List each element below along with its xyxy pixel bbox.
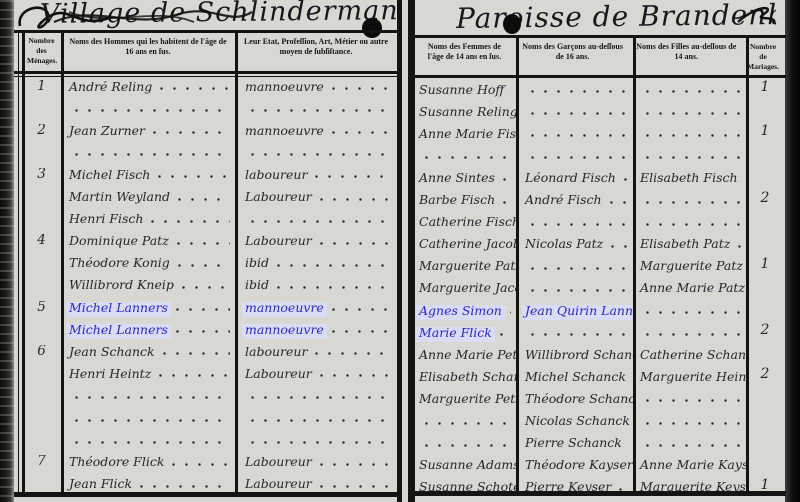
- marriage-count: [746, 430, 784, 431]
- register-row: Susanne Hoff1: [414, 77, 784, 99]
- dotted-leader: [172, 463, 230, 467]
- girl-name: Anne Marie Patz: [633, 282, 746, 298]
- dotted-leader: [163, 352, 230, 356]
- scan-edge-left: [0, 0, 14, 502]
- dotted-leader: [251, 109, 392, 113]
- marriage-count: [746, 297, 784, 298]
- profession: ibid: [235, 257, 397, 273]
- boy-name: [516, 134, 633, 143]
- woman-name: Agnes Simon: [414, 305, 516, 321]
- dotted-leader: [425, 156, 511, 160]
- man-name: [61, 396, 235, 405]
- scan-edge-right: [785, 0, 800, 502]
- dotted-leader: [251, 220, 392, 224]
- dotted-leader: [75, 109, 230, 113]
- register-row: Anne SintesLéonard FischElisabeth Fisch: [414, 165, 784, 187]
- household-number: 5: [22, 301, 61, 318]
- dotted-leader: [151, 220, 230, 224]
- girl-name: Elisabeth Fisch: [633, 172, 746, 188]
- man-name: Martin Weyland: [61, 191, 235, 207]
- dotted-leader: [320, 374, 392, 378]
- dotted-leader: [531, 267, 628, 271]
- dotted-leader: [176, 308, 230, 312]
- profession: mannoeuvre: [235, 324, 397, 340]
- man-name: Henri Heintz: [61, 368, 235, 384]
- dotted-leader: [140, 485, 230, 489]
- left-rows: 1André Relingmannoeuvre 2Jean Zurnermann…: [22, 74, 397, 494]
- profession: laboureur: [235, 169, 397, 185]
- profession: mannoeuvre: [235, 125, 397, 141]
- dotted-leader: [332, 131, 392, 135]
- boy-name: Théodore Kayser: [516, 459, 633, 475]
- woman-name: Anne Marie Fisch: [414, 128, 516, 144]
- register-row: Elisabeth SchanckMichel SchanckMarguerit…: [414, 364, 784, 386]
- register-row: 6Jean Schancklaboureur: [22, 339, 397, 361]
- marriage-count: [746, 319, 784, 320]
- register-row: Susanne SchotelerPierre KeyserMarguerite…: [414, 475, 784, 497]
- boy-name: [516, 267, 633, 276]
- man-name: Willibrord Kneip: [61, 279, 235, 295]
- register-row: Pierre Schanck: [414, 431, 784, 453]
- dotted-leader: [610, 201, 628, 205]
- woman-name: Susanne Hoff: [414, 84, 516, 100]
- dotted-leader: [320, 485, 392, 489]
- register-row: Anne Marie PetschWillibrord SchanckCathe…: [414, 342, 784, 364]
- household-number: 2: [22, 124, 61, 141]
- profession: mannoeuvre: [235, 81, 397, 97]
- man-name: Jean Schanck: [61, 346, 235, 362]
- column-rule: [18, 30, 19, 497]
- dotted-leader: [531, 289, 628, 293]
- register-row: Susanne AdamsThéodore KayserAnne Marie K…: [414, 453, 784, 475]
- woman-name: Marguerite Patz: [414, 260, 516, 276]
- man-name: [61, 153, 235, 162]
- dotted-leader: [332, 308, 392, 312]
- girl-name: Anne Marie Kayser: [633, 459, 746, 475]
- header-households: Nombre des Ménages.: [22, 33, 61, 71]
- man-name: Henri Fisch: [61, 213, 235, 229]
- register-row: Théodore Konigibid: [22, 251, 397, 273]
- dotted-leader: [738, 245, 741, 249]
- dotted-leader: [531, 223, 628, 227]
- girl-name: Catherine Schanck: [633, 349, 746, 365]
- marriage-count: 1: [746, 80, 784, 99]
- dotted-leader: [646, 90, 741, 94]
- boy-name: Pierre Schanck: [516, 437, 633, 453]
- profession: [235, 419, 397, 428]
- boy-name: Léonard Fisch: [516, 172, 633, 188]
- man-name: Michel Fisch: [61, 169, 235, 185]
- marriage-count: [746, 452, 784, 453]
- scanned-register-document: { "colors": { "paper": "#d8d7d2", "ink":…: [0, 0, 800, 502]
- woman-name: Marguerite Petsch: [414, 393, 516, 409]
- man-name: Michel Lanners: [61, 302, 235, 318]
- profession: [235, 153, 397, 162]
- boy-name: Pierre Keyser: [516, 481, 633, 497]
- boy-name: [516, 223, 633, 232]
- dotted-leader: [646, 223, 741, 227]
- marriage-count: [746, 120, 784, 121]
- register-row: Marguerite JacobiAnne Marie Patz: [414, 276, 784, 298]
- woman-name: Marie Flick: [414, 327, 516, 343]
- man-name: [61, 109, 235, 118]
- girl-name: Marguerite Heintz: [633, 371, 746, 387]
- register-row-highlighted: Marie Flick2: [414, 320, 784, 342]
- register-row: Henri Fisch: [22, 207, 397, 229]
- boy-name: [516, 112, 633, 121]
- marriage-count: [746, 253, 784, 254]
- dotted-leader: [624, 178, 628, 182]
- marriage-count: [746, 231, 784, 232]
- dotted-leader: [75, 396, 230, 400]
- dotted-leader: [531, 134, 628, 138]
- girl-name: [633, 422, 746, 431]
- girl-name: [633, 112, 746, 121]
- dotted-leader: [176, 330, 230, 334]
- dotted-leader: [646, 444, 741, 448]
- dotted-leader: [320, 242, 392, 246]
- profession: mannoeuvre: [235, 302, 397, 318]
- girl-name: [633, 223, 746, 232]
- register-row: Marguerite PatzMarguerite Patz1: [414, 254, 784, 276]
- dotted-leader: [531, 156, 628, 160]
- man-name: Jean Flick: [61, 478, 235, 494]
- woman-name: Anne Sintes: [414, 172, 516, 188]
- register-row: [414, 143, 784, 165]
- woman-name: [414, 444, 516, 453]
- dotted-leader: [611, 245, 628, 249]
- header-women: Noms des Femmes de l'âge de 14 ans en ſu…: [414, 38, 515, 75]
- dotted-leader: [75, 441, 230, 445]
- register-row: Susanne Reling: [414, 99, 784, 121]
- dotted-leader: [646, 311, 741, 315]
- household-number: 4: [22, 234, 61, 251]
- profession: [235, 396, 397, 405]
- dotted-leader: [531, 112, 628, 116]
- register-row: Barbe FischAndré Fisch2: [414, 187, 784, 209]
- register-row: 3Michel Fischlaboureur: [22, 162, 397, 184]
- marriage-count: [746, 164, 784, 165]
- dotted-leader: [251, 153, 392, 157]
- boy-name: Jean Quirin Lanners: [516, 305, 633, 321]
- woman-name: Elisabeth Schanck: [414, 371, 516, 387]
- woman-name: Susanne Reling: [414, 106, 516, 122]
- header-men: Noms des Hommes qui les habitent de l'âg…: [61, 33, 235, 71]
- profession: Laboureur: [235, 368, 397, 384]
- dotted-leader: [277, 286, 392, 290]
- dotted-leader: [332, 330, 392, 334]
- dotted-leader: [251, 396, 392, 400]
- dotted-leader: [251, 419, 392, 423]
- register-row: [22, 140, 397, 162]
- dotted-leader: [75, 419, 230, 423]
- dotted-leader: [646, 156, 741, 160]
- dotted-leader: [503, 201, 511, 205]
- register-row: [22, 405, 397, 427]
- marriage-count: 1: [746, 478, 784, 497]
- register-row: Catherine JacobiNicolas PatzElisabeth Pa…: [414, 232, 784, 254]
- profession: Laboureur: [235, 191, 397, 207]
- woman-name: Susanne Adams: [414, 459, 516, 475]
- dotted-leader: [646, 134, 741, 138]
- woman-name: Catherine Jacobi: [414, 238, 516, 254]
- dotted-leader: [178, 198, 230, 202]
- profession: Laboureur: [235, 235, 397, 251]
- man-name: [61, 441, 235, 450]
- dotted-leader: [500, 333, 511, 337]
- girl-name: [633, 399, 746, 408]
- household-number: 7: [22, 455, 61, 472]
- woman-name: Marguerite Jacobi: [414, 282, 516, 298]
- header-boys: Noms des Garçons au-deſſous de 16 ans.: [515, 38, 631, 75]
- right-page-title: Paroisse de Brandenbourg: [456, 0, 776, 35]
- register-row-highlighted: 5Michel Lannersmannoeuvre: [22, 295, 397, 317]
- register-row: 4Dominique PatzLaboureur: [22, 229, 397, 251]
- dotted-leader: [320, 198, 392, 202]
- boy-name: Nicolas Patz: [516, 238, 633, 254]
- woman-name: [414, 422, 516, 431]
- dotted-leader: [531, 90, 628, 94]
- girl-name: [633, 90, 746, 99]
- dotted-leader: [531, 333, 628, 337]
- register-row: Nicolas Schanck: [414, 408, 784, 430]
- header-girls: Noms des Filles au-deſſous de 14 ans.: [630, 38, 742, 75]
- girl-name: [633, 333, 746, 342]
- profession: Laboureur: [235, 478, 397, 494]
- woman-name: Catherine Fisch: [414, 216, 516, 232]
- register-row: Jean FlickLaboureur: [22, 472, 397, 494]
- girl-name: [633, 134, 746, 143]
- household-number: 1: [22, 80, 61, 97]
- girl-name: [633, 444, 746, 453]
- header-marriages: Nombre de Mariages.: [742, 38, 784, 75]
- marriage-count: [746, 186, 784, 187]
- register-page-left: Village de Schlindermanderchid Nombre de…: [14, 0, 402, 502]
- register-row: Martin WeylandLaboureur: [22, 184, 397, 206]
- boy-name: [516, 333, 633, 342]
- girl-name: Elisabeth Patz: [633, 238, 746, 254]
- dotted-leader: [75, 153, 230, 157]
- marriage-count: [746, 363, 784, 364]
- register-row: 1André Relingmannoeuvre: [22, 74, 397, 96]
- woman-name: Barbe Fisch: [414, 194, 516, 210]
- woman-name: Susanne Schoteler: [414, 481, 516, 497]
- marriage-count: [746, 407, 784, 408]
- marriage-count: 2: [746, 191, 784, 210]
- boy-name: [516, 156, 633, 165]
- dotted-leader: [332, 87, 392, 91]
- boy-name: [516, 90, 633, 99]
- register-row: Willibrord Kneipibid: [22, 273, 397, 295]
- dotted-leader: [153, 131, 230, 135]
- marriage-count: 2: [746, 323, 784, 342]
- girl-name: Marguerite Keyser: [633, 481, 746, 497]
- dotted-leader: [315, 175, 392, 179]
- dotted-leader: [178, 264, 230, 268]
- dotted-leader: [425, 422, 511, 426]
- dotted-leader: [160, 87, 230, 91]
- girl-name: [633, 156, 746, 165]
- dotted-leader: [320, 463, 392, 467]
- boy-name: Michel Schanck: [516, 371, 633, 387]
- dotted-leader: [646, 333, 741, 337]
- register-row: Marguerite PetschThéodore Schanck: [414, 386, 784, 408]
- right-rows: Susanne Hoff1 Susanne Reling Anne Marie …: [414, 77, 784, 497]
- profession: laboureur: [235, 346, 397, 362]
- man-name: Théodore Flick: [61, 456, 235, 472]
- register-row-highlighted: Michel Lannersmannoeuvre: [22, 317, 397, 339]
- man-name: Dominique Patz: [61, 235, 235, 251]
- dotted-leader: [619, 488, 628, 492]
- man-name: Jean Zurner: [61, 125, 235, 141]
- dotted-leader: [646, 399, 741, 403]
- boy-name: Willibrord Schanck: [516, 349, 633, 365]
- register-row: 7Théodore FlickLaboureur: [22, 450, 397, 472]
- register-row: Catherine Fisch: [414, 210, 784, 232]
- register-page-right: Paroisse de Brandenbourg Noms des Femmes…: [408, 0, 786, 502]
- register-row: Henri HeintzLaboureur: [22, 361, 397, 383]
- profession: [235, 441, 397, 450]
- header-profession: Leur Etat, Profeſſion, Art, Métier ou au…: [235, 33, 397, 71]
- girl-name: [633, 201, 746, 210]
- dotted-leader: [251, 441, 392, 445]
- dotted-leader: [182, 286, 230, 290]
- page-fold-rule: [397, 0, 402, 502]
- household-number: 3: [22, 168, 61, 185]
- girl-name: Marguerite Patz: [633, 260, 746, 276]
- household-number: 6: [22, 345, 61, 362]
- marriage-count: [746, 474, 784, 475]
- man-name: Michel Lanners: [61, 324, 235, 340]
- marriage-count: 2: [746, 367, 784, 386]
- man-name: [61, 419, 235, 428]
- dotted-leader: [158, 175, 230, 179]
- dotted-leader: [646, 201, 741, 205]
- dotted-leader: [646, 422, 741, 426]
- register-row: Anne Marie Fisch1: [414, 121, 784, 143]
- boy-name: [516, 289, 633, 298]
- left-header-row: Nombre des Ménages. Noms des Hommes qui …: [22, 33, 397, 71]
- dotted-leader: [425, 444, 511, 448]
- register-row: [22, 428, 397, 450]
- man-name: André Reling: [61, 81, 235, 97]
- register-row: [22, 383, 397, 405]
- right-header-row: Noms des Femmes de l'âge de 14 ans en ſu…: [414, 38, 784, 75]
- girl-name: [633, 311, 746, 320]
- register-row: [22, 96, 397, 118]
- dotted-leader: [503, 178, 511, 182]
- profession: [235, 220, 397, 229]
- dotted-leader: [315, 352, 392, 356]
- dotted-leader: [277, 264, 392, 268]
- boy-name: Nicolas Schanck: [516, 415, 633, 431]
- register-row: 2Jean Zurnermannoeuvre: [22, 118, 397, 140]
- boy-name: André Fisch: [516, 194, 633, 210]
- register-row-highlighted: Agnes SimonJean Quirin Lanners: [414, 298, 784, 320]
- woman-name: Anne Marie Petsch: [414, 349, 516, 365]
- woman-name: [414, 156, 516, 165]
- dotted-leader: [510, 311, 511, 315]
- dotted-leader: [646, 112, 741, 116]
- left-page-title: Village de Schlindermanderchid: [40, 0, 400, 30]
- man-name: Théodore Konig: [61, 257, 235, 273]
- dotted-leader: [159, 374, 230, 378]
- dotted-leader: [177, 242, 230, 246]
- profession: [235, 109, 397, 118]
- marriage-count: 1: [746, 124, 784, 143]
- profession: ibid: [235, 279, 397, 295]
- profession: Laboureur: [235, 456, 397, 472]
- marriage-count: 1: [746, 257, 784, 276]
- boy-name: Théodore Schanck: [516, 393, 633, 409]
